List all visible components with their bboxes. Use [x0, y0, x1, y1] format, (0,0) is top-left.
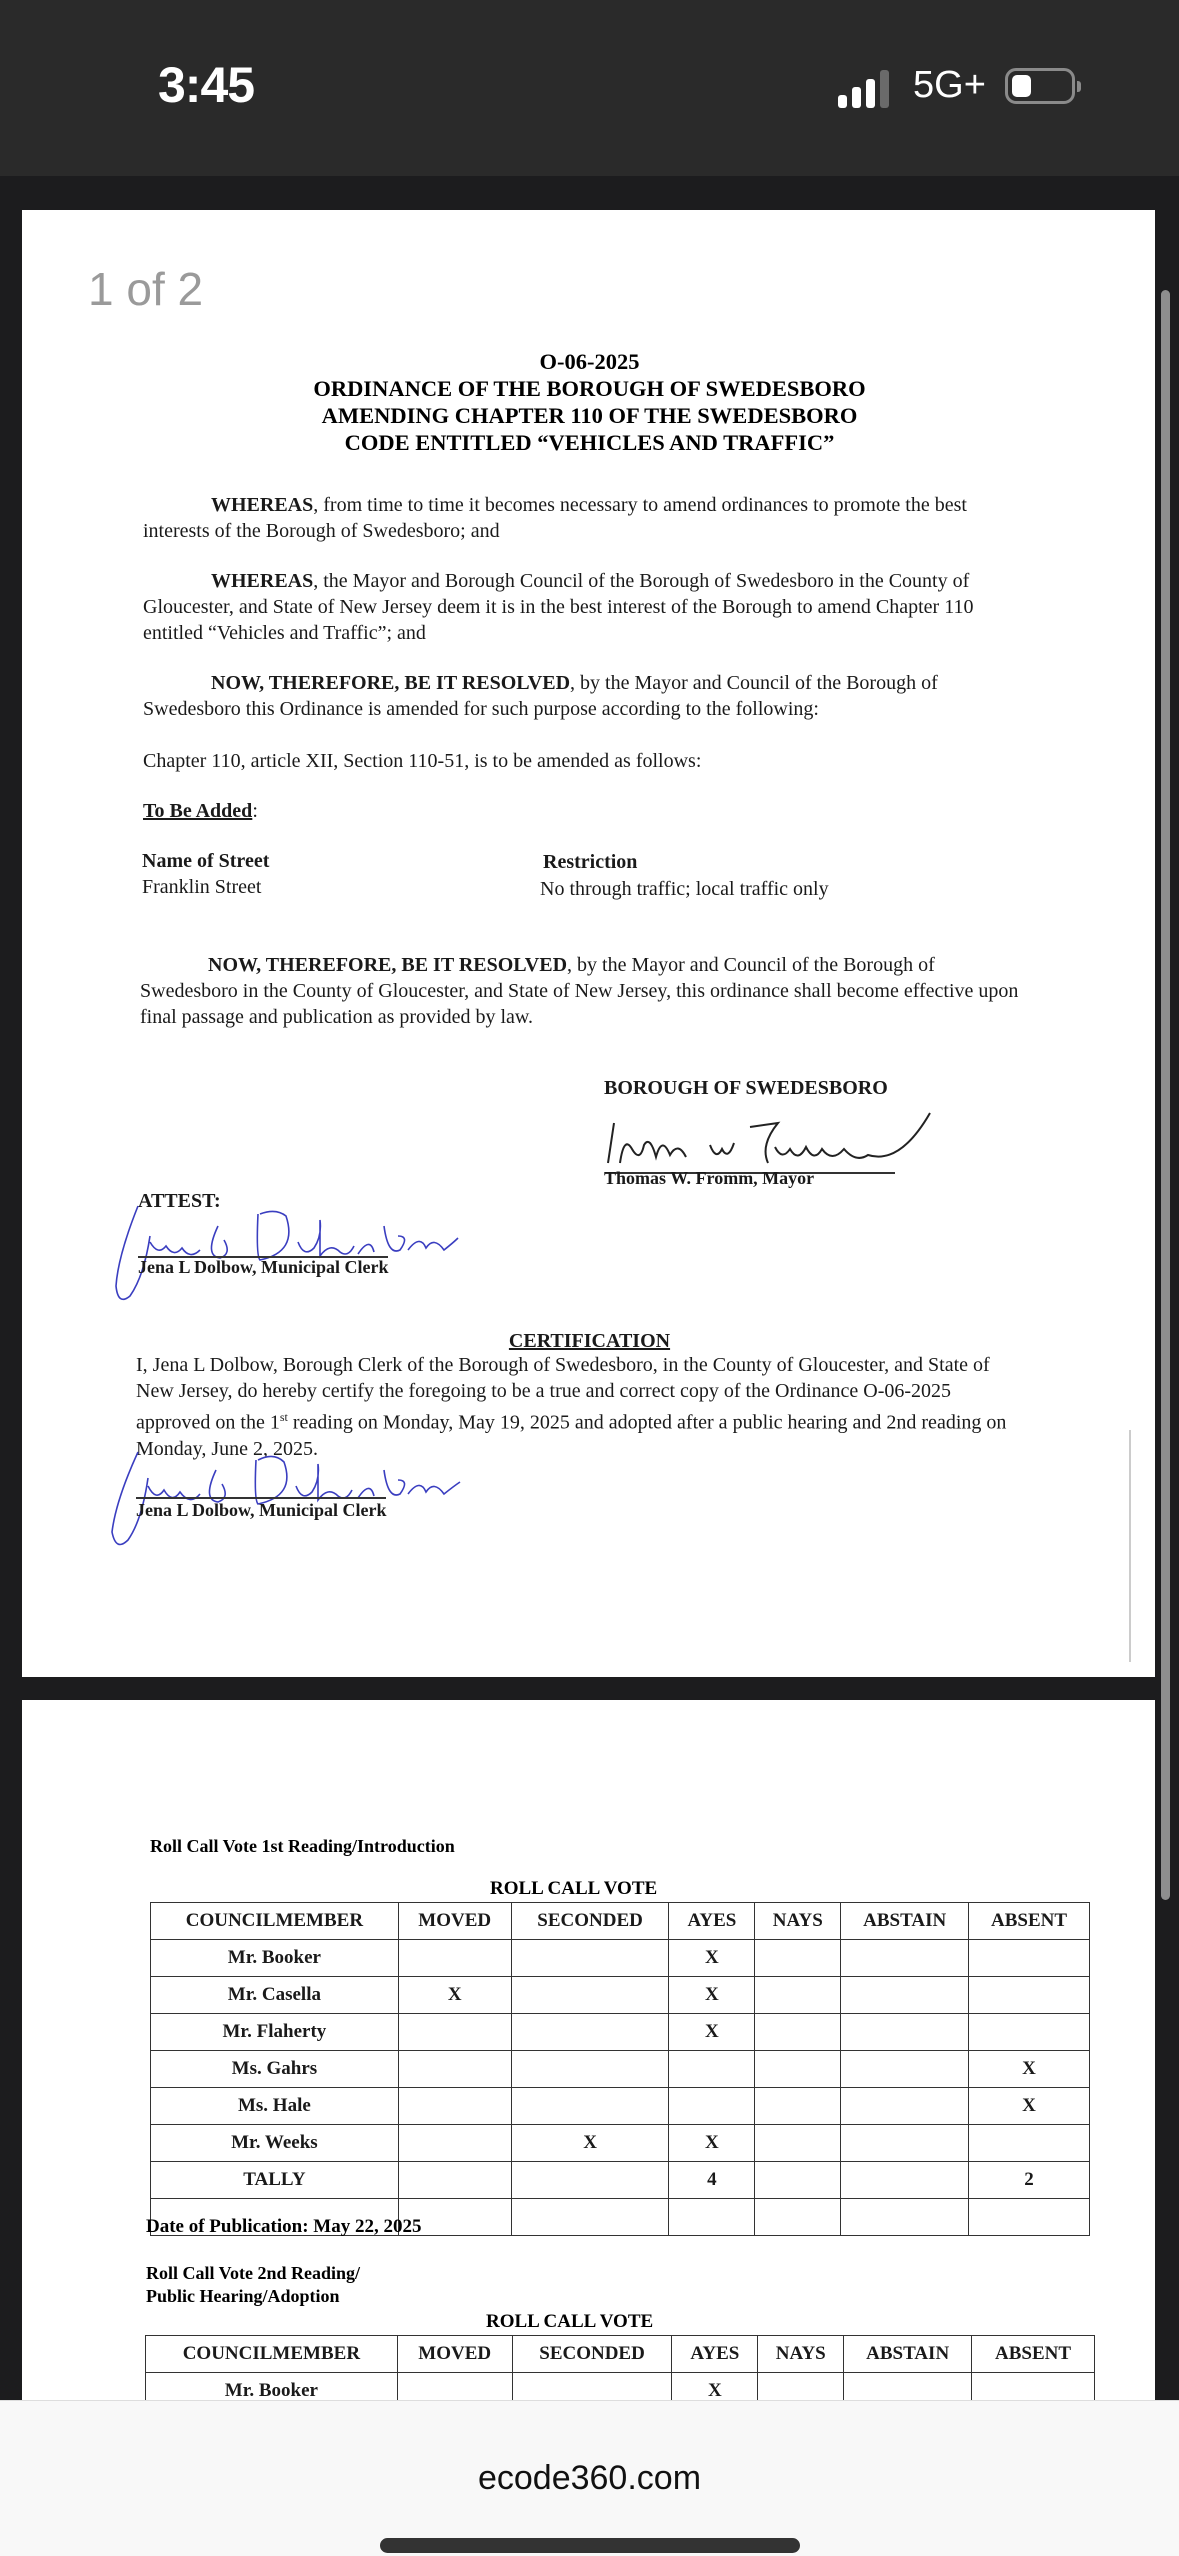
vote-cell: X — [669, 2014, 755, 2051]
signal-icon — [838, 70, 890, 108]
browser-bottom-bar: ecode360.com — [0, 2400, 1179, 2556]
whereas-paragraph-1: WHEREAS, from time to time it becomes ne… — [143, 492, 1023, 544]
table-header-row: COUNCILMEMBERMOVEDSECONDEDAYESNAYSABSTAI… — [146, 2336, 1095, 2373]
column-header: COUNCILMEMBER — [146, 2336, 398, 2373]
ordinance-number: O-06-2025 — [0, 348, 1179, 375]
councilmember-name: Mr. Weeks — [151, 2125, 399, 2162]
vote-cell — [511, 2162, 669, 2199]
vote-cell — [755, 2162, 841, 2199]
ordinal-suffix: st — [280, 1410, 288, 1424]
restriction-value: No through traffic; local traffic only — [540, 876, 829, 902]
vote-cell — [841, 1940, 969, 1977]
page-indicator: 1 of 2 — [88, 262, 203, 316]
column-header: ABSTAIN — [841, 1903, 969, 1940]
roll-call-title-2: ROLL CALL VOTE — [486, 2311, 653, 2333]
table-row: TALLY42 — [151, 2162, 1090, 2199]
vote-cell — [511, 1940, 669, 1977]
column-header: AYES — [672, 2336, 758, 2373]
vote-cell: X — [969, 2088, 1090, 2125]
table-row: Mr. BookerX — [151, 1940, 1090, 1977]
vote-cell — [841, 2051, 969, 2088]
title-line: AMENDING CHAPTER 110 OF THE SWEDESBORO — [0, 402, 1179, 429]
column-header: SECONDED — [512, 2336, 672, 2373]
certification-heading-text: CERTIFICATION — [509, 1330, 670, 1352]
vote2-label-line: Public Hearing/Adoption — [146, 2285, 360, 2308]
vote-cell — [755, 2125, 841, 2162]
vote-cell — [669, 2051, 755, 2088]
vote-cell — [755, 2199, 841, 2236]
vote-cell — [755, 2014, 841, 2051]
resolved-lead: NOW, THEREFORE, BE IT RESOLVED — [211, 672, 570, 694]
vote-cell — [398, 2051, 511, 2088]
column-header: ABSTAIN — [844, 2336, 972, 2373]
column-header: MOVED — [398, 1903, 511, 1940]
vote-cell: X — [969, 2051, 1090, 2088]
councilmember-name: Ms. Hale — [151, 2088, 399, 2125]
vote-cell — [755, 2051, 841, 2088]
vote-cell — [755, 1940, 841, 1977]
vote-cell: X — [669, 1940, 755, 1977]
clerk-name-2: Jena L Dolbow, Municipal Clerk — [136, 1497, 387, 1523]
vote-cell — [398, 2014, 511, 2051]
status-time: 3:45 — [158, 56, 254, 114]
vote-cell — [841, 2125, 969, 2162]
councilmember-name: Ms. Gahrs — [151, 2051, 399, 2088]
scrollbar-thumb[interactable] — [1161, 290, 1170, 1900]
vote-cell — [398, 2088, 511, 2125]
url-label[interactable]: ecode360.com — [0, 2459, 1179, 2498]
roll-call-title-1: ROLL CALL VOTE — [490, 1878, 657, 1900]
street-value: Franklin Street — [142, 874, 261, 900]
vote-cell — [398, 1940, 511, 1977]
vote-cell: X — [398, 1977, 511, 2014]
to-be-added-label: To Be Added: — [143, 798, 258, 824]
page-edge-shadow — [1129, 1430, 1131, 1662]
whereas-lead: WHEREAS — [211, 570, 313, 592]
vote-cell — [969, 2125, 1090, 2162]
column-header: NAYS — [758, 2336, 844, 2373]
vote-cell: X — [669, 1977, 755, 2014]
vote2-label-line: Roll Call Vote 2nd Reading/ — [146, 2262, 360, 2285]
resolved-lead: NOW, THEREFORE, BE IT RESOLVED — [208, 954, 567, 976]
table-header-row: COUNCILMEMBERMOVEDSECONDEDAYESNAYSABSTAI… — [151, 1903, 1090, 1940]
roll-call-table-1: COUNCILMEMBERMOVEDSECONDEDAYESNAYSABSTAI… — [150, 1902, 1090, 2236]
vote-cell — [841, 1977, 969, 2014]
column-header: NAYS — [755, 1903, 841, 1940]
certification-heading: CERTIFICATION — [0, 1328, 1179, 1354]
whereas-lead: WHEREAS — [211, 494, 313, 516]
vote-cell — [669, 2088, 755, 2125]
vote-cell — [841, 2199, 969, 2236]
street-header: Name of Street — [142, 848, 269, 874]
vote-cell — [841, 2162, 969, 2199]
vote-cell: 2 — [969, 2162, 1090, 2199]
title-line: ORDINANCE OF THE BOROUGH OF SWEDESBORO — [0, 375, 1179, 402]
vote-cell — [755, 2088, 841, 2125]
vote-cell: 4 — [669, 2162, 755, 2199]
status-bar: 3:45 5G+ — [0, 0, 1179, 176]
councilmember-name: Mr. Flaherty — [151, 2014, 399, 2051]
vote-cell — [841, 2014, 969, 2051]
publication-date: Date of Publication: May 22, 2025 — [146, 2216, 421, 2238]
vote-cell — [511, 2051, 669, 2088]
councilmember-name: TALLY — [151, 2162, 399, 2199]
vote-cell — [511, 2014, 669, 2051]
table-row: Mr. CasellaXX — [151, 1977, 1090, 2014]
to-be-added-text: To Be Added — [143, 800, 252, 822]
vote-cell — [511, 1977, 669, 2014]
column-header: MOVED — [397, 2336, 512, 2373]
column-header: ABSENT — [972, 2336, 1095, 2373]
councilmember-name: Mr. Booker — [151, 1940, 399, 1977]
clerk-name: Jena L Dolbow, Municipal Clerk — [138, 1254, 389, 1280]
vote-cell — [511, 2199, 669, 2236]
vote-cell — [841, 2088, 969, 2125]
column-header: SECONDED — [511, 1903, 669, 1940]
vote-cell: X — [511, 2125, 669, 2162]
vote-cell: X — [669, 2125, 755, 2162]
councilmember-name: Mr. Casella — [151, 1977, 399, 2014]
roll-call-table-2: COUNCILMEMBERMOVEDSECONDEDAYESNAYSABSTAI… — [145, 2335, 1095, 2410]
resolved-paragraph-1: NOW, THEREFORE, BE IT RESOLVED, by the M… — [143, 670, 1023, 722]
restriction-header: Restriction — [543, 849, 637, 875]
resolved-paragraph-2: NOW, THEREFORE, BE IT RESOLVED, by the M… — [140, 952, 1020, 1030]
table-row: Mr. WeeksXX — [151, 2125, 1090, 2162]
vote-cell — [969, 2014, 1090, 2051]
vote-cell — [511, 2088, 669, 2125]
vote-cell — [755, 1977, 841, 2014]
network-type: 5G+ — [913, 64, 986, 107]
column-header: AYES — [669, 1903, 755, 1940]
vote1-label: Roll Call Vote 1st Reading/Introduction — [150, 1836, 455, 1857]
table-row: Ms. HaleX — [151, 2088, 1090, 2125]
table-row: Ms. GahrsX — [151, 2051, 1090, 2088]
home-indicator[interactable] — [380, 2538, 800, 2553]
vote-cell — [669, 2199, 755, 2236]
column-header: COUNCILMEMBER — [151, 1903, 399, 1940]
whereas-paragraph-2: WHEREAS, the Mayor and Borough Council o… — [143, 568, 1023, 646]
mayor-signature-graphic — [600, 1105, 940, 1173]
vote-cell — [398, 2162, 511, 2199]
vote-cell — [969, 2199, 1090, 2236]
table-row: Mr. FlahertyX — [151, 2014, 1090, 2051]
borough-heading: BOROUGH OF SWEDESBORO — [604, 1075, 888, 1101]
vote-cell — [969, 1940, 1090, 1977]
vote-cell — [398, 2125, 511, 2162]
ordinance-title: O-06-2025 ORDINANCE OF THE BOROUGH OF SW… — [0, 348, 1179, 456]
title-line: CODE ENTITLED “VEHICLES AND TRAFFIC” — [0, 429, 1179, 456]
mayor-name: Thomas W. Fromm, Mayor — [604, 1165, 814, 1191]
chapter-line: Chapter 110, article XII, Section 110-51… — [143, 748, 701, 774]
vote2-label: Roll Call Vote 2nd Reading/ Public Heari… — [146, 2262, 360, 2308]
battery-icon — [1005, 68, 1075, 104]
column-header: ABSENT — [969, 1903, 1090, 1940]
vote-cell — [969, 1977, 1090, 2014]
